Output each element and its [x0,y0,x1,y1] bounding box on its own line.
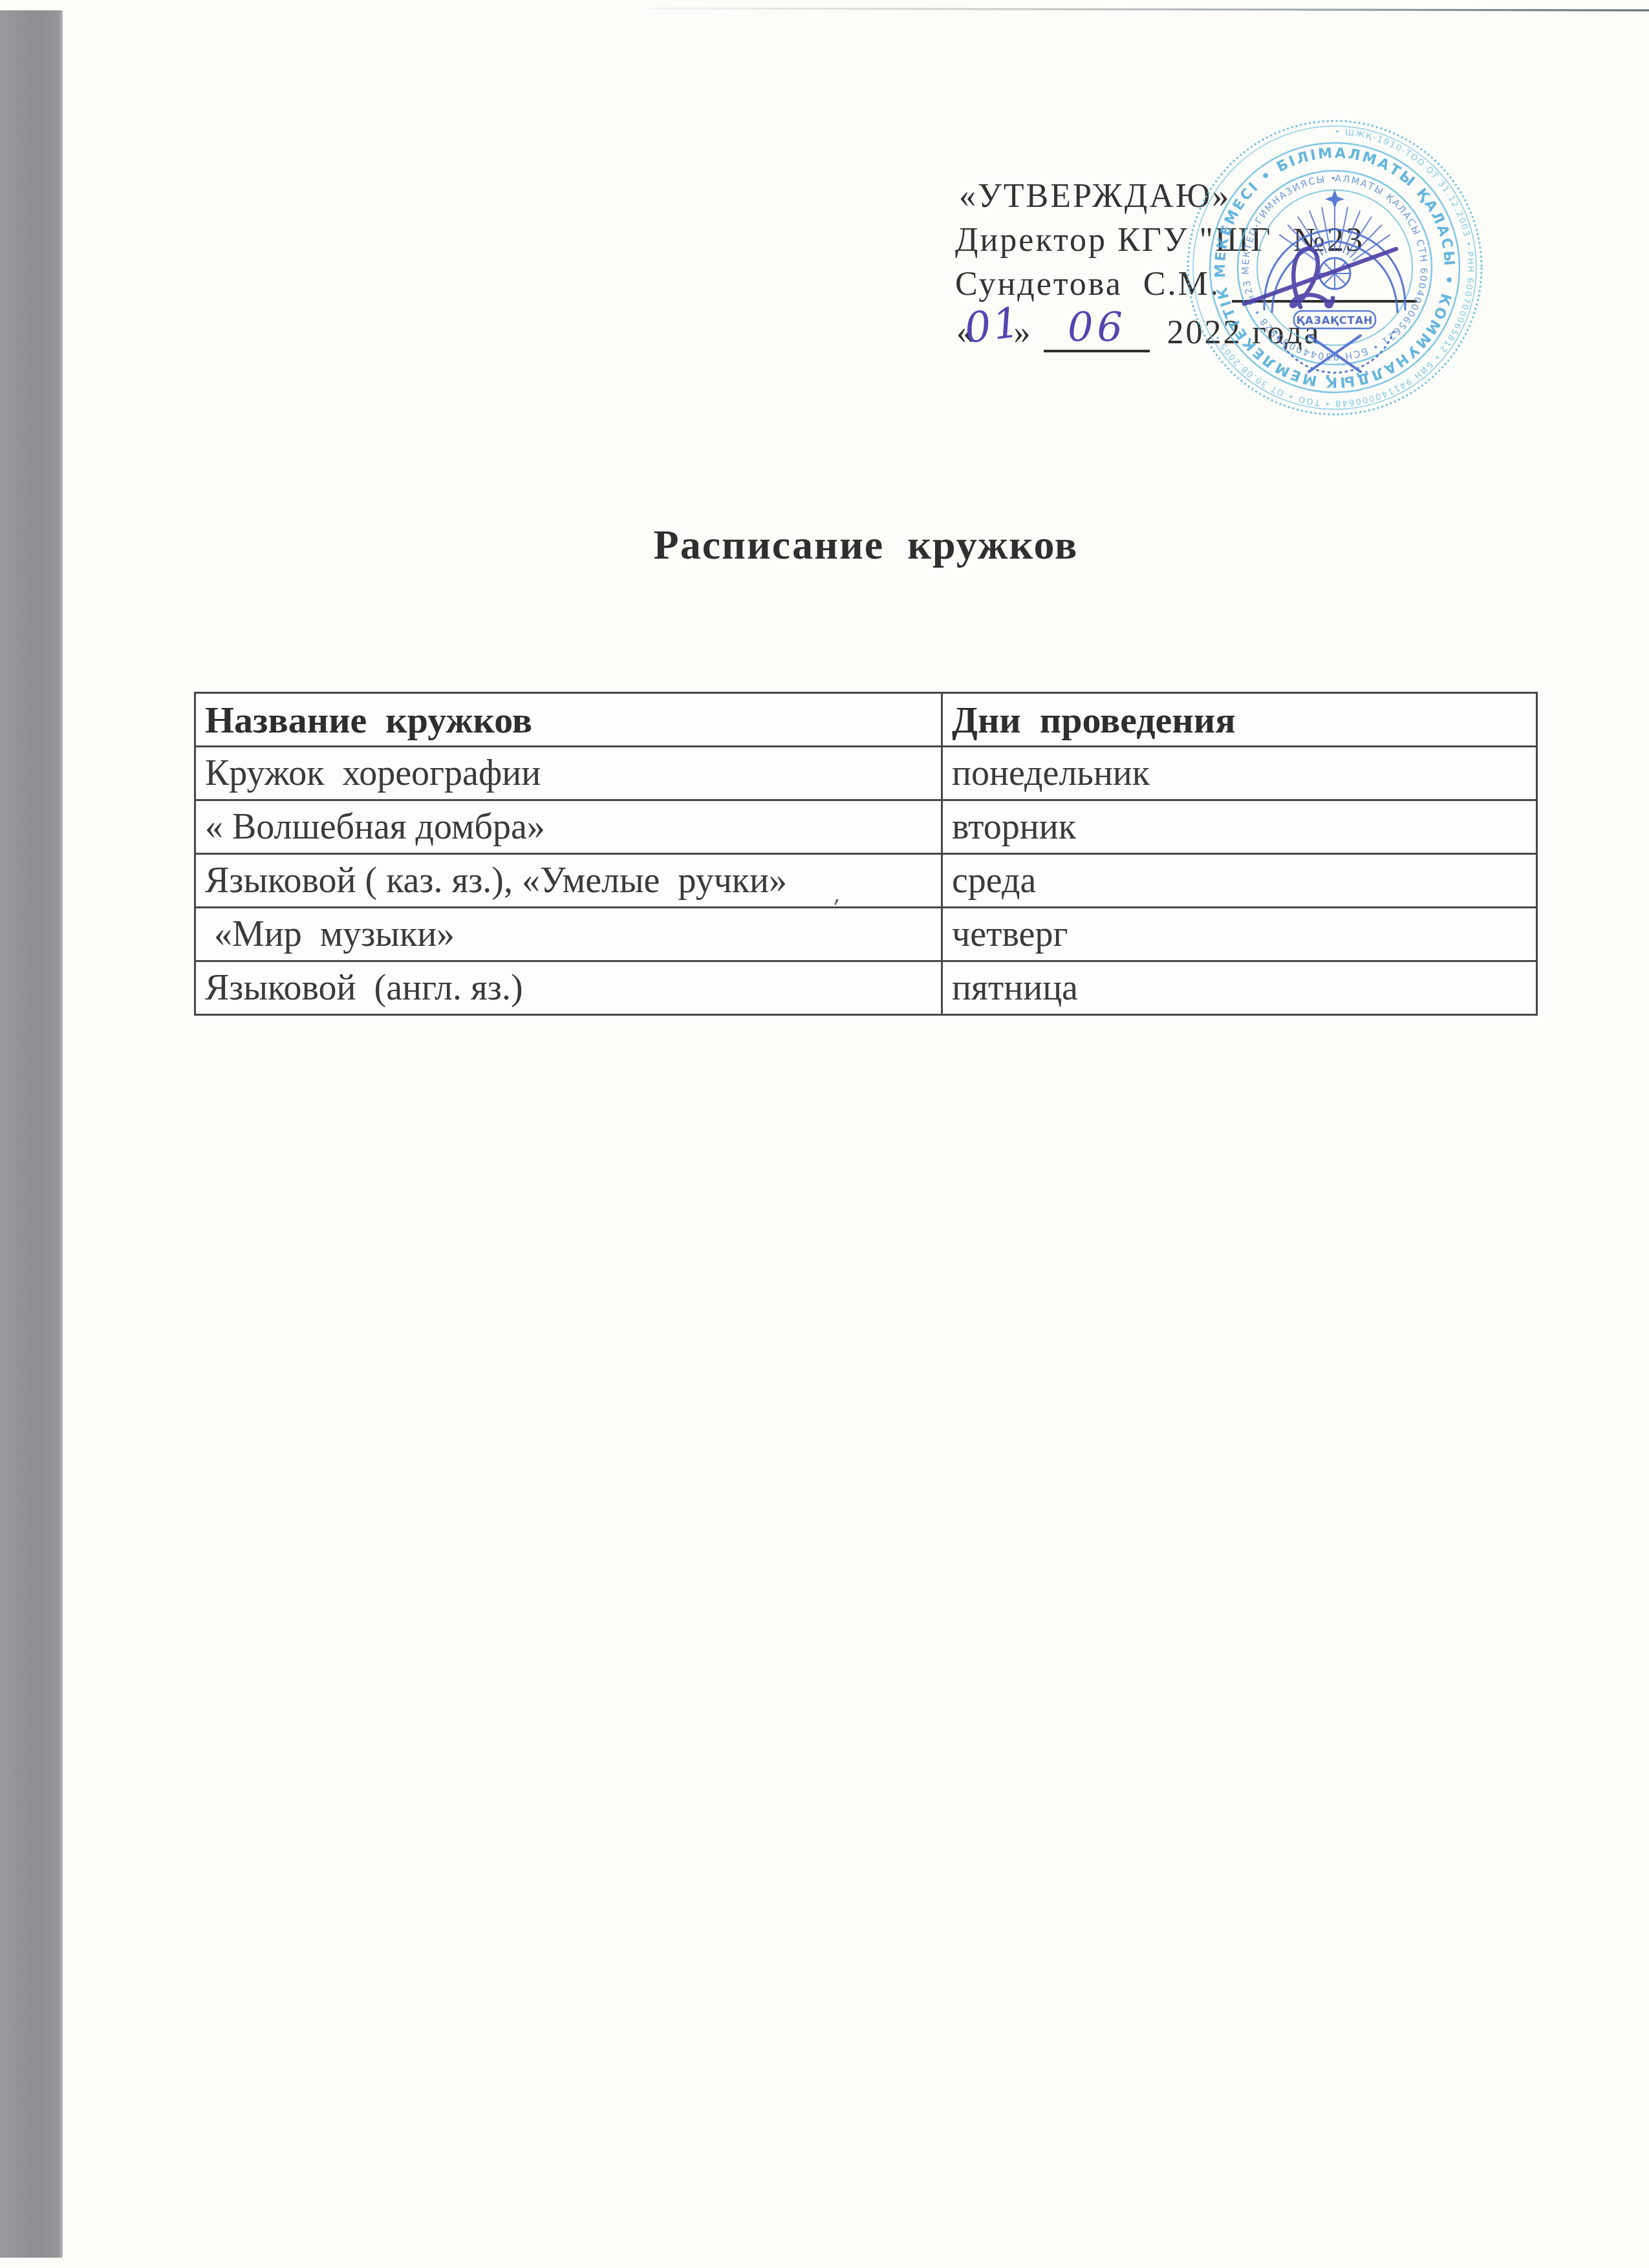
header-days: Дни проведения [942,693,1537,747]
approval-line-name: Сундетова С.М. [955,266,1220,303]
club-name-cell: Кружок хореографии [195,747,942,800]
table-row: Языковой ( каз. яз.), «Умелые ручки» сре… [195,854,1537,908]
table-row: «Мир музыки» четверг [195,908,1537,961]
schedule-table: Название кружков Дни проведения Кружок х… [194,692,1538,1016]
scan-edge-band [0,10,63,2258]
header-club-name: Название кружков [195,693,942,747]
day-cell: среда [942,854,1537,908]
table-row: Языковой (англ. яз.) пятница [195,961,1537,1015]
club-name-cell: Языковой ( каз. яз.), «Умелые ручки» [195,854,942,908]
table-row: Кружок хореографии понедельник [195,747,1537,800]
signature [1238,241,1406,316]
day-cell: четверг [942,908,1537,961]
handwritten-day: 01 [962,301,1024,352]
day-cell: вторник [942,800,1537,854]
scanned-document-page: «УТВЕРЖДАЮ» Директор КГУ "ШГ №23 Сундето… [0,0,1649,2268]
day-cell: понедельник [942,747,1537,800]
day-cell: пятница [942,961,1537,1015]
table-header-row: Название кружков Дни проведения [195,693,1537,747]
table-row: « Волшебная домбра» вторник [195,800,1537,854]
club-name-cell: « Волшебная домбра» [195,800,942,854]
club-name-cell: «Мир музыки» [195,908,942,961]
page-title: Расписание кружков [194,521,1538,569]
stamp-center-label: ҚАЗАҚСТАН [1297,314,1373,326]
club-name-cell: Языковой (англ. яз.) [195,961,942,1015]
handwritten-month: 06 [1068,303,1126,350]
signature-blob [1324,299,1333,308]
scan-top-line [647,7,1649,11]
month-underline: 06 [1044,310,1150,352]
